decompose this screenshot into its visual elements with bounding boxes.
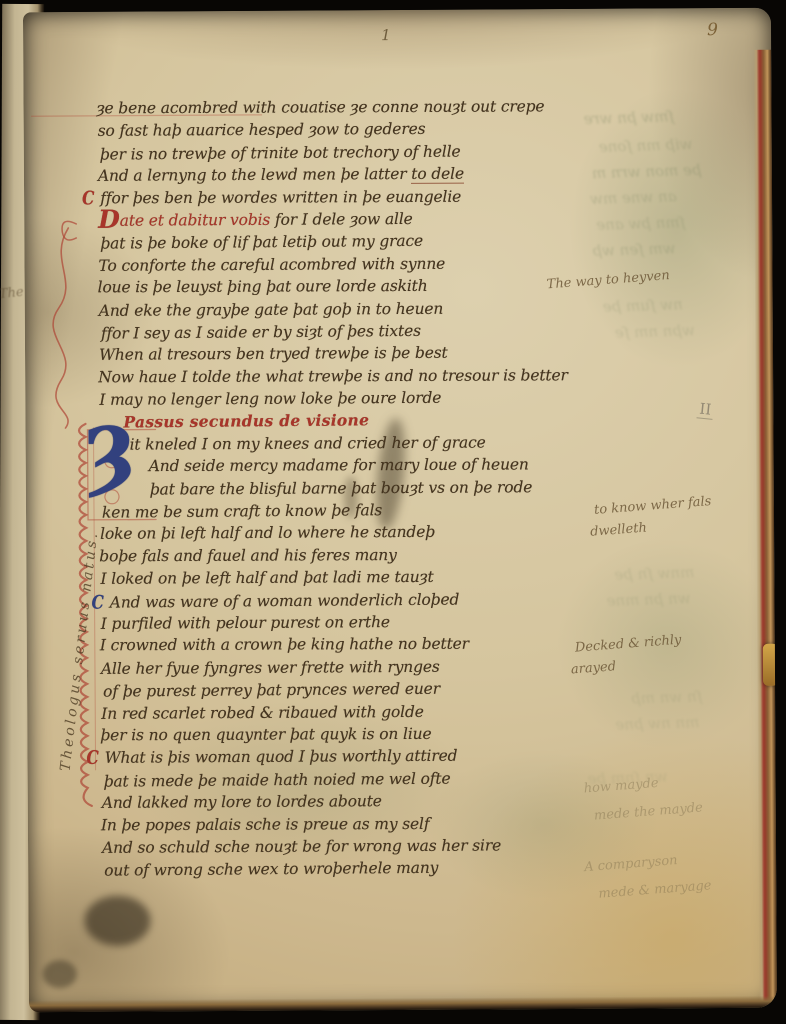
- line-segment: to dele: [411, 165, 464, 184]
- line-segment: ȝe bene acombred with couatise ȝe conne …: [97, 97, 545, 117]
- line-segment: I loked on þe left half and þat ladi me …: [100, 568, 433, 588]
- manuscript-page: 1 9 Ȝ ȝe bene acombred with couatise ȝe …: [23, 8, 777, 1013]
- fore-edge-page-stack: [753, 50, 777, 1004]
- previous-folio-showthrough-text: The: [0, 285, 24, 302]
- manuscript-line: ȝe bene acombred with couatise ȝe conne …: [96, 95, 716, 120]
- line-segment: of þe purest perrey þat prynces wered eu…: [103, 680, 440, 701]
- corner-stain: [84, 896, 150, 946]
- line-segment: I crowned with a crown þe king hathe no …: [100, 635, 469, 655]
- paraph-mark: C: [82, 185, 94, 212]
- line-segment: boþe fals and fauel and his feres many: [99, 546, 397, 565]
- line-segment: ffor I sey as I saide er by siȝt of þes …: [101, 322, 421, 343]
- line-segment: And lakked my lore to lordes aboute: [102, 792, 382, 812]
- line-segment: To conforte the careful acombred with sy…: [98, 254, 445, 274]
- manuscript-line: And a lernyng to the lewd men þe latter …: [98, 161, 718, 187]
- manuscript-line: boþe fals and fauel and his feres many: [99, 542, 719, 567]
- line-segment: þer is no quen quaynter þat quyk is on l…: [100, 725, 431, 744]
- line-segment: Alle her fyue fyngres wer frette with ry…: [101, 658, 440, 678]
- margin-passus-numeral: II: [696, 399, 714, 419]
- line-segment: loke on þi left half and lo where he sta…: [100, 523, 435, 543]
- paraph-mark: C: [86, 745, 98, 772]
- line-segment: And seide mercy madame for mary loue of …: [149, 456, 529, 476]
- line-segment: In red scarlet robed & ribaued with gold…: [101, 702, 424, 722]
- line-segment: ate et dabitur vobis: [120, 211, 275, 230]
- manuscript-line: Now haue I tolde the what trewþe is and …: [98, 363, 718, 388]
- line-segment: I purfiled with pelour purest on erthe: [101, 613, 390, 633]
- line-segment: I may no lenger leng now loke þe oure lo…: [99, 389, 441, 409]
- corner-stain: [43, 960, 77, 988]
- manuscript-line: When al tresours ben tryed trewþe is þe …: [99, 340, 719, 366]
- folio-number: 9: [707, 20, 718, 40]
- quire-numeral-center: 1: [381, 26, 391, 44]
- margin-note-maryage-2: mede & maryage: [598, 878, 712, 902]
- line-segment: When al tresours ben tryed trewþe is þe …: [99, 344, 448, 364]
- line-segment: And a lernyng to the lewd men þe latter: [98, 165, 411, 185]
- line-segment: Passus secundus de visione: [123, 411, 369, 432]
- line-segment: loue is þe leuyst þing þat oure lorde as…: [98, 277, 428, 296]
- manuscript-line: þer is no quen quaynter þat quyk is on l…: [100, 722, 720, 747]
- line-segment: so fast haþ auarice hesped ȝow to gedere…: [98, 120, 426, 140]
- line-segment: ffor þes ben þe wordes written in þe eua…: [100, 187, 461, 207]
- line-segment: þat is mede þe maide hath noied me wel o…: [104, 769, 451, 790]
- line-segment: for I dele ȝow alle: [275, 210, 413, 229]
- manuscript-photo: The 1 9 Ȝ ȝe bene acombred with couatise…: [0, 0, 786, 1024]
- line-segment: þer is no trewþe of trinite bot trechory…: [100, 142, 461, 163]
- line-segment: þat is þe boke of lif þat letiþ out my g…: [100, 232, 423, 253]
- line-segment: And was ware of a woman wonderlich cloþe…: [110, 590, 460, 611]
- line-segment: D: [98, 205, 120, 234]
- manuscript-line: Cffor þes ben þe wordes written in þe eu…: [97, 184, 717, 209]
- line-segment: Now haue I tolde the what trewþe is and …: [98, 366, 568, 386]
- line-segment: out of wrong sche wex to wroþerhele many: [104, 859, 438, 880]
- line-segment: it kneled I on my knees and cried her of…: [130, 433, 486, 453]
- line-segment: In þe popes palais sche is preue as my s…: [101, 814, 430, 833]
- line-segment: ken me be sum craft to know þe fals: [102, 501, 382, 521]
- margin-note-left-vertical: Theologus seruus natus.: [58, 530, 102, 772]
- line-segment: And so schuld sche nouȝt be for wrong wa…: [102, 836, 501, 856]
- manuscript-line: In red scarlet robed & ribaued with gold…: [101, 699, 721, 725]
- line-segment: What is þis woman quod I þus worthly att…: [105, 747, 458, 767]
- text-block: Ȝ ȝe bene acombred with couatise ȝe conn…: [97, 94, 722, 881]
- decorated-initial-yogh: Ȝ: [83, 423, 149, 499]
- line-segment: þat bare the blisful barne þat bouȝt vs …: [150, 478, 532, 498]
- manuscript-line: And seide mercy madame for mary loue of …: [99, 453, 719, 478]
- line-segment: And eke the grayþe gate þat goþ in to he…: [99, 299, 444, 319]
- binding-clasp-edge: [763, 644, 777, 686]
